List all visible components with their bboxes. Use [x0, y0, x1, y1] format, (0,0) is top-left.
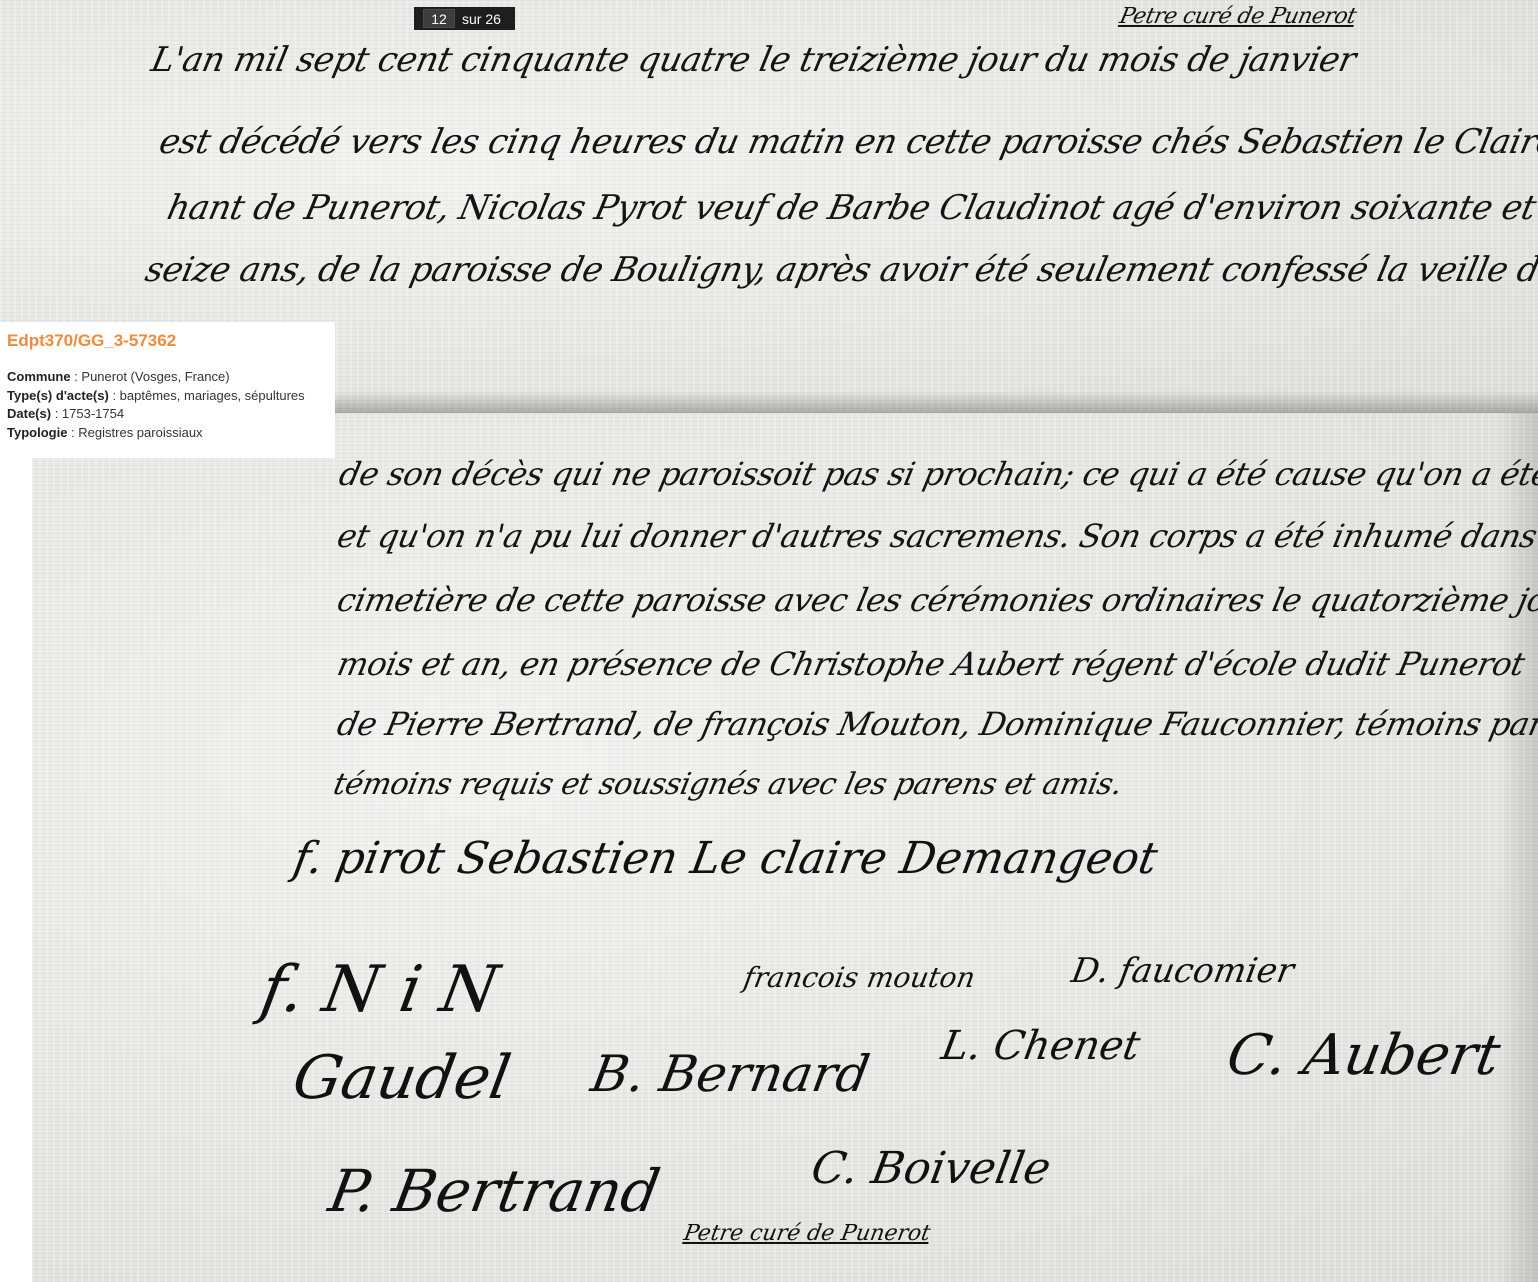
- signature: f. pirot Sebastien Le claire Demangeot: [290, 833, 1162, 884]
- field-commune: Commune : Punerot (Vosges, France): [7, 368, 328, 387]
- field-value: baptêmes, mariages, sépultures: [120, 388, 305, 403]
- field-separator: :: [109, 388, 120, 403]
- manuscript-line: hant de Punerot, Nicolas Pyrot veuf de B…: [164, 188, 1538, 228]
- field-value: 1753-1754: [62, 406, 124, 421]
- field-value: Punerot (Vosges, France): [81, 369, 229, 384]
- manuscript-line: mois et an, en présence de Christophe Au…: [334, 645, 1528, 683]
- field-act-types: Type(s) d'acte(s) : baptêmes, mariages, …: [7, 387, 328, 406]
- signature: Petre curé de Punerot: [682, 1221, 933, 1246]
- manuscript-line: est décédé vers les cinq heures du matin…: [156, 122, 1538, 162]
- field-label: Commune: [7, 369, 71, 384]
- document-scan-lower: de son décès qui ne paroissoit pas si pr…: [32, 413, 1538, 1282]
- current-page-input[interactable]: 12: [423, 9, 455, 28]
- manuscript-line: seize ans, de la paroisse de Bouligny, a…: [142, 250, 1538, 290]
- field-label: Typologie: [7, 425, 67, 440]
- manuscript-line: et qu'on n'a pu lui donner d'autres sacr…: [334, 517, 1538, 555]
- signature: francois mouton: [741, 961, 978, 994]
- signature: Gaudel: [288, 1043, 516, 1113]
- manuscript-line: témoins requis et soussignés avec les pa…: [330, 767, 1125, 802]
- page-navigator: 12 sur 26: [414, 7, 515, 30]
- record-info-panel: Edpt370/GG_3-57362 Commune : Punerot (Vo…: [0, 322, 335, 458]
- field-label: Date(s): [7, 406, 51, 421]
- field-dates: Date(s) : 1753-1754: [7, 405, 328, 424]
- field-separator: :: [67, 425, 78, 440]
- field-typology: Typologie : Registres paroissiaux: [7, 424, 328, 443]
- field-separator: :: [71, 369, 82, 384]
- margin-note: Petre curé de Punerot: [1117, 4, 1358, 29]
- signature: C. Boivelle: [808, 1143, 1055, 1194]
- manuscript-line: cimetière de cette paroisse avec les cér…: [334, 581, 1538, 619]
- total-pages-label: sur 26: [462, 11, 501, 27]
- signature: f. N i N: [255, 953, 503, 1027]
- signature: P. Bertrand: [324, 1157, 665, 1225]
- record-title: Edpt370/GG_3-57362: [7, 331, 328, 351]
- manuscript-line: de son décès qui ne paroissoit pas si pr…: [336, 455, 1538, 493]
- signature: L. Chenet: [938, 1023, 1144, 1069]
- signature: B. Bernard: [587, 1045, 874, 1103]
- field-label: Type(s) d'acte(s): [7, 388, 109, 403]
- field-value: Registres paroissiaux: [78, 425, 202, 440]
- signature: C. Aubert: [1222, 1023, 1505, 1088]
- manuscript-line: L'an mil sept cent cinquante quatre le t…: [148, 40, 1359, 80]
- signature: D. faucomier: [1068, 951, 1296, 991]
- manuscript-line: de Pierre Bertrand, de françois Mouton, …: [334, 705, 1538, 743]
- field-separator: :: [51, 406, 62, 421]
